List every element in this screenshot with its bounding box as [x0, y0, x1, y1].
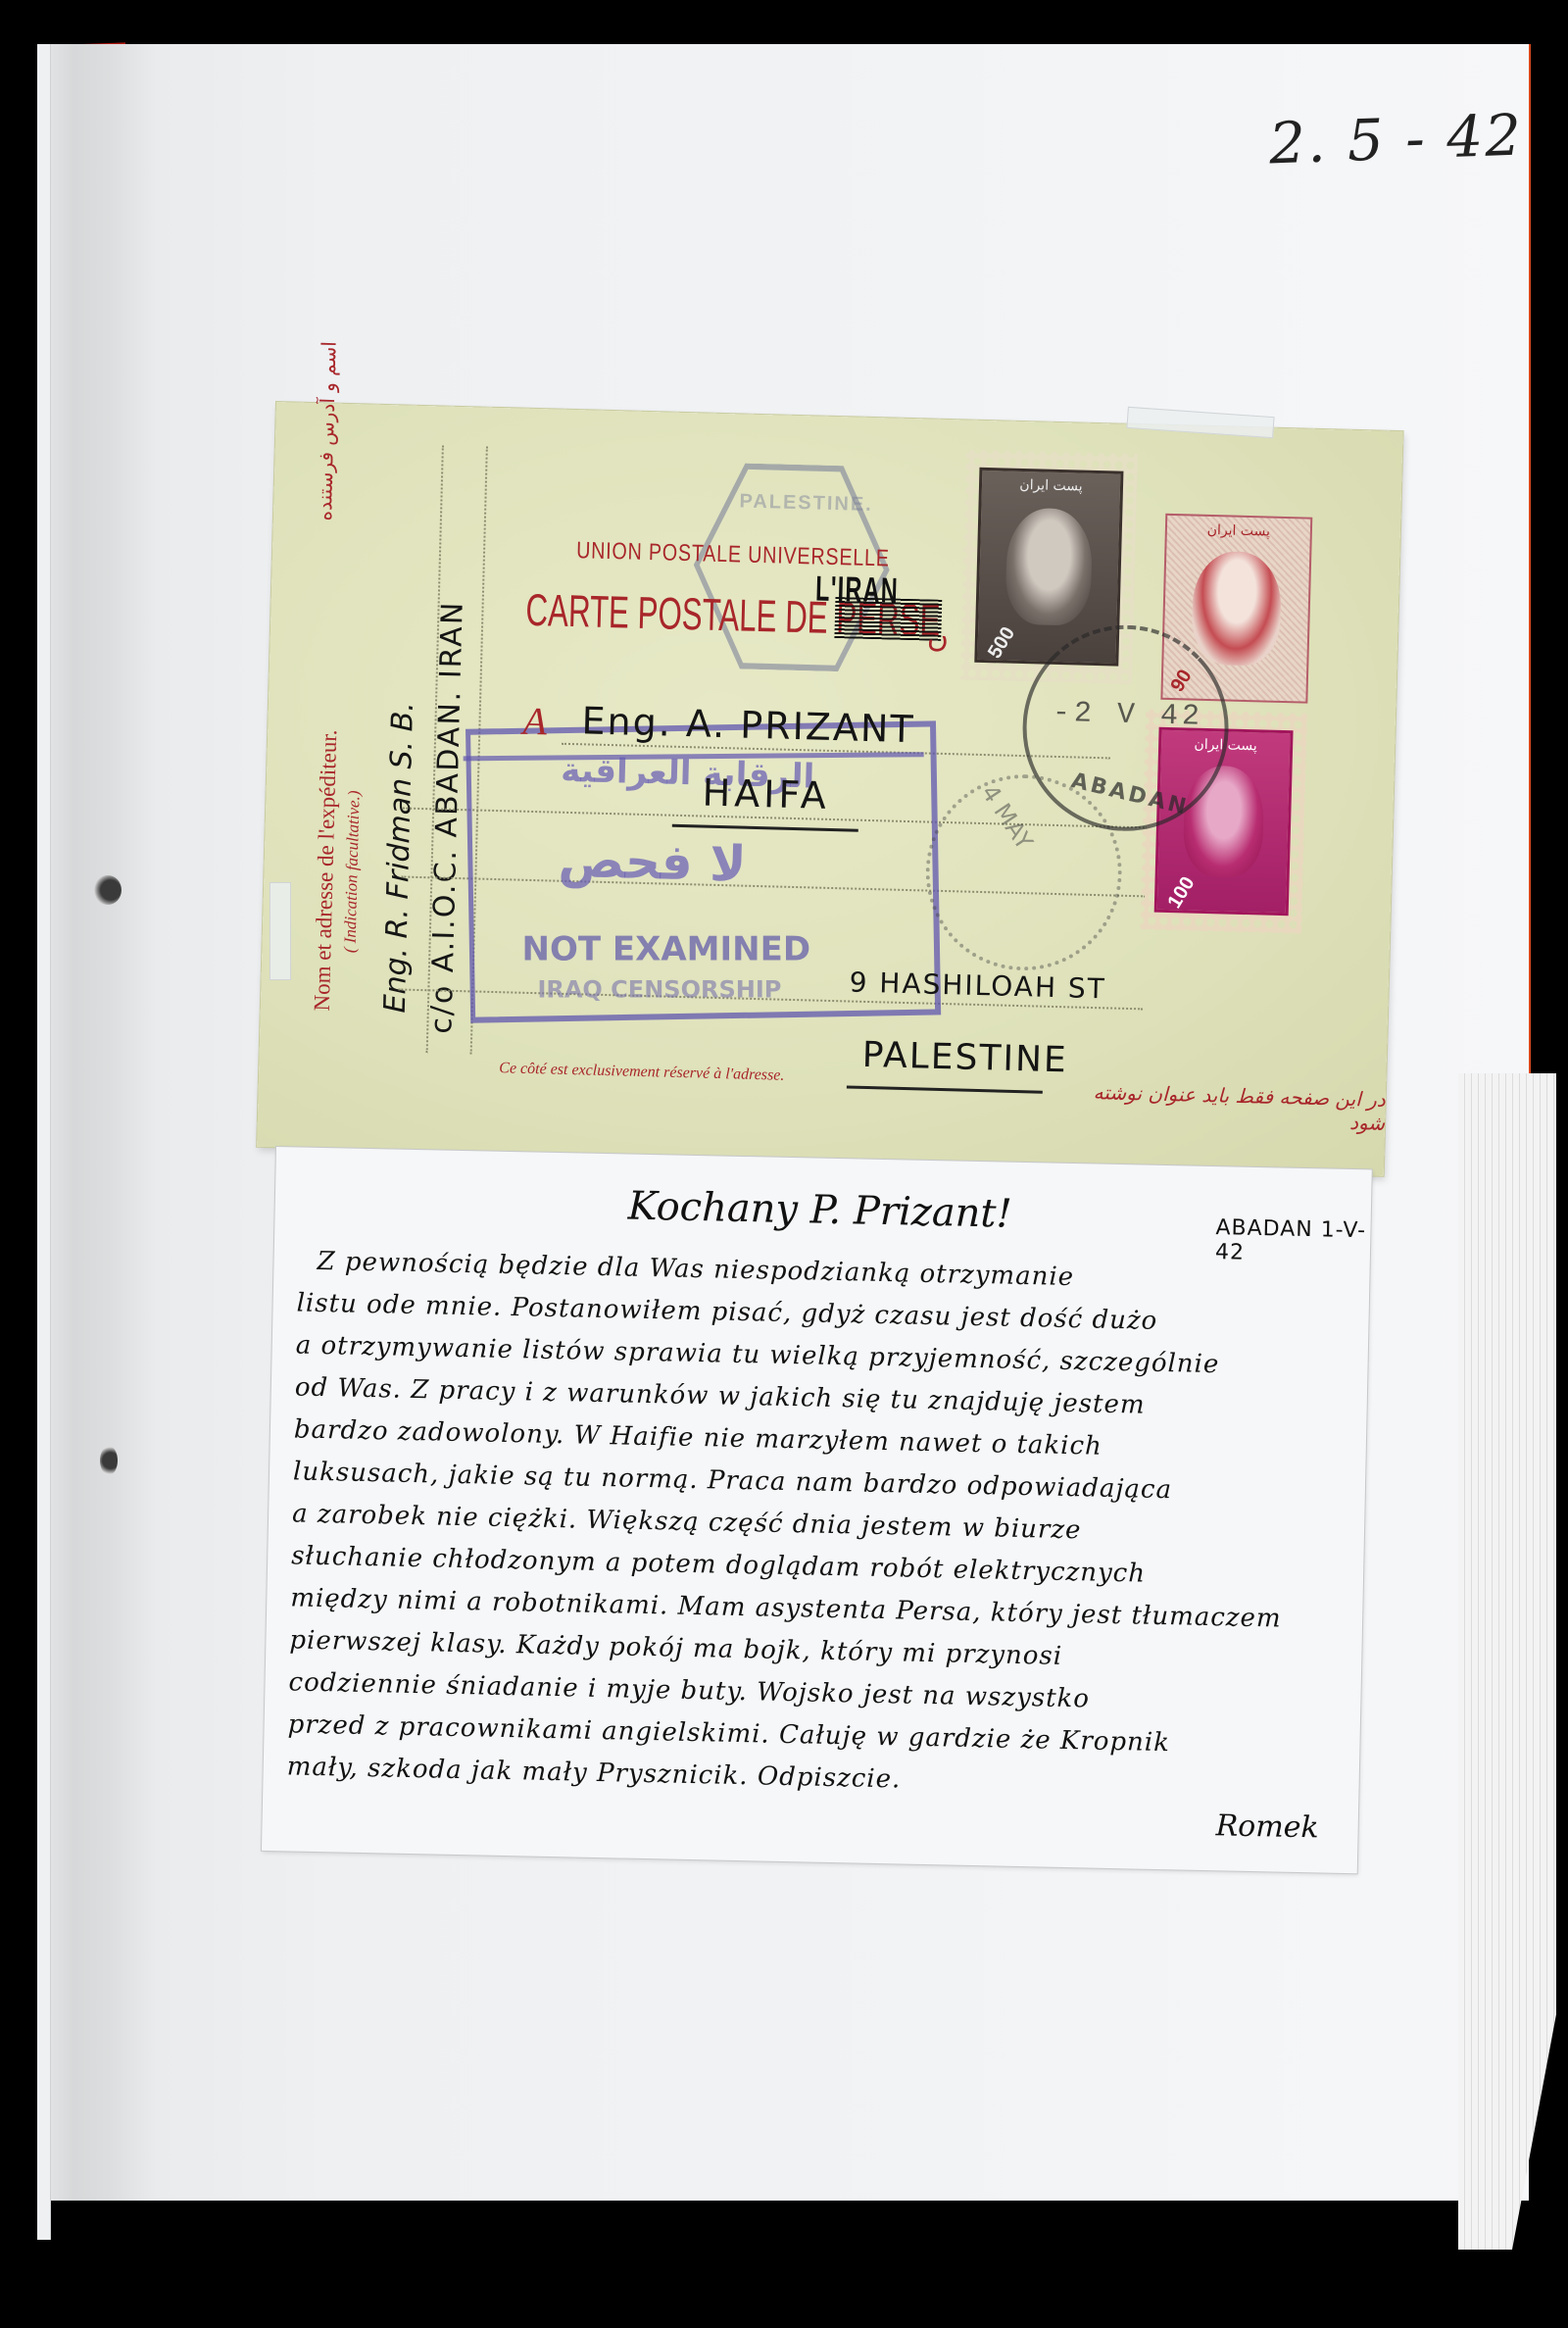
card-title-prefix: CARTE POSTALE DE — [525, 584, 829, 643]
address-prefix: A — [522, 698, 548, 745]
postmark-date: -2 V 42 — [1053, 697, 1204, 734]
censor-arabic-main: لا فحص — [558, 831, 747, 893]
sender-label: Nom et adresse de l'expéditeur. — [310, 729, 343, 1012]
recipient-city: HAIFA — [702, 771, 830, 817]
recipient-name: Eng. A. PRIZANT — [581, 699, 915, 751]
censor-not-examined: NOT EXAMINED — [522, 930, 811, 969]
recipient-street: 9 HASHILOAH ST — [849, 966, 1106, 1006]
stamp-caption: پست ایران — [982, 476, 1120, 496]
letter-body: Z pewnością będzie dla Was niespodzianką… — [286, 1240, 1336, 1809]
handwritten-date-note: 2. 5 - 42 — [1268, 102, 1524, 177]
censor-iraq-censorship: IRAQ CENSORSHIP — [537, 975, 781, 1003]
letter-greeting: Kochany P. Prizant! — [627, 1184, 1012, 1237]
hinge-mount — [269, 882, 291, 980]
recipient-country: PALESTINE — [861, 1035, 1068, 1080]
postcard-front: Nom et adresse de l'expéditeur. ( Indica… — [257, 402, 1403, 1176]
country-underline — [847, 1085, 1043, 1093]
portrait-icon — [1191, 551, 1283, 667]
portrait-icon — [1004, 507, 1094, 626]
letter-signature: Romek — [1215, 1808, 1319, 1845]
footer-french-note: Ce côté est exclusivement réservé à l'ad… — [499, 1060, 785, 1085]
binder-hole — [94, 875, 122, 905]
stamp-value: 100 — [1163, 873, 1200, 913]
sender-address: c/o A.I.O.C. ABADAN. IRAN — [424, 600, 470, 1034]
footer-persian-note: در این صفحه فقط باید عنوان نوشته شود — [1091, 1080, 1386, 1135]
hexagon-censor-text: PALESTINE. — [739, 490, 873, 517]
sender-name: Eng. R. Fridman S. B. — [378, 702, 420, 1014]
postcard-reverse-letter: Kochany P. Prizant! ABADAN 1-V-42 Z pewn… — [262, 1147, 1372, 1873]
iran-overprint: L'IRAN — [815, 568, 900, 611]
page-gutter — [37, 44, 51, 2240]
stamp-value: 500 — [984, 623, 1020, 663]
union-heading: UNION POSTALE UNIVERSELLE — [576, 537, 890, 572]
stamp-caption: پست ایران — [1167, 521, 1310, 541]
page-stack-edges — [1458, 1073, 1556, 2250]
sender-hint: ( Indication facultative.) — [340, 790, 364, 953]
binder-hole — [100, 1446, 118, 1475]
persian-glyph: ن — [926, 619, 949, 655]
sender-label-persian: اسم و آدرس فرستنده — [313, 341, 341, 521]
